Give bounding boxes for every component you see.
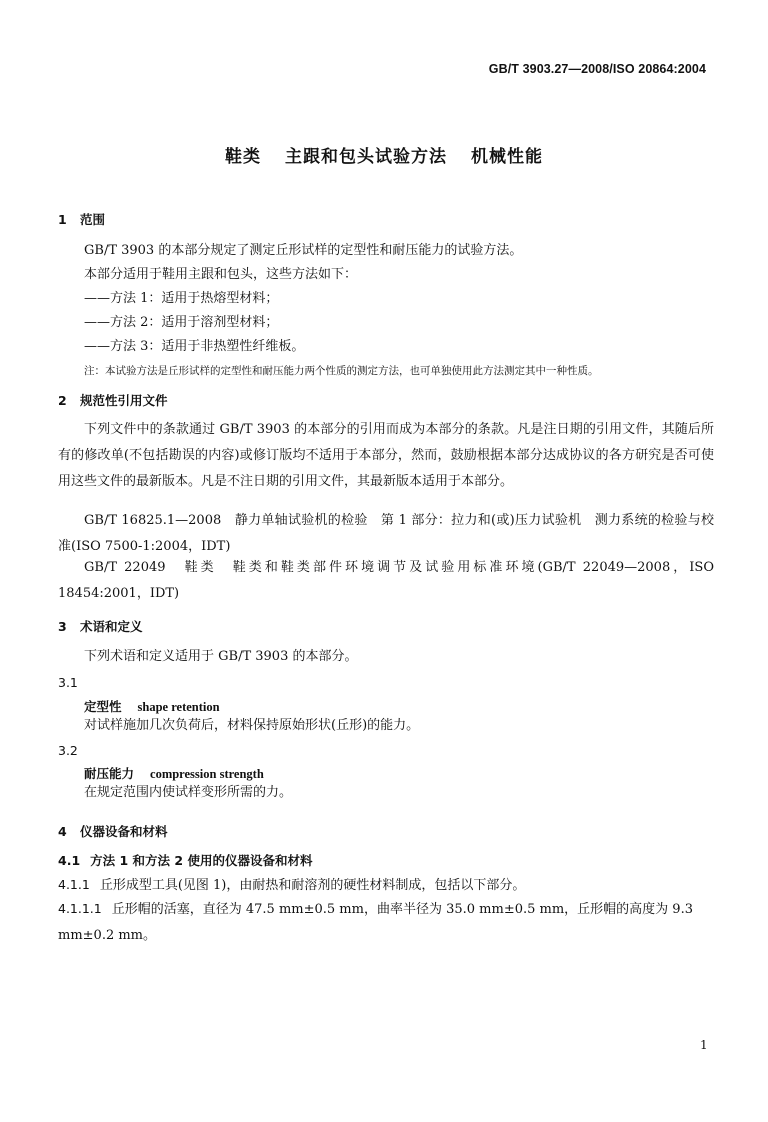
title-part-3: 机械性能 — [471, 147, 543, 167]
clause-4-1: 4.1方法 1 和方法 2 使用的仪器设备和材料 — [58, 848, 714, 875]
clause-4-1-1-1: 4.1.1.1丘形帽的活塞，直径为 47.5 mm±0.5 mm，曲率半径为 3… — [58, 896, 714, 949]
section-1-heading: 1范围 — [58, 210, 105, 228]
clause-number: 4.1 — [58, 853, 80, 868]
section-title: 规范性引用文件 — [80, 393, 168, 408]
term-cn: 定型性 — [84, 699, 122, 714]
clause-heading: 方法 1 和方法 2 使用的仪器设备和材料 — [90, 853, 312, 868]
scope-method-item: ——方法 3：适用于非热塑性纤维板。 — [84, 334, 304, 360]
term-en: compression strength — [150, 767, 264, 781]
title-part-1: 鞋类 — [225, 147, 261, 167]
reference-item: GB/T 22049 鞋类 鞋类和鞋类部件环境调节及试验用标准环境(GB/T 2… — [58, 555, 714, 607]
term-cn: 耐压能力 — [84, 766, 134, 781]
section-title: 术语和定义 — [80, 619, 143, 634]
normative-references-intro: 下列文件中的条款通过 GB/T 3903 的本部分的引用而成为本部分的条款。凡是… — [58, 417, 714, 495]
term-en: shape retention — [138, 700, 220, 714]
term-definition: 在规定范围内使试样变形所需的力。 — [84, 780, 292, 806]
section-4-heading: 4仪器设备和材料 — [58, 822, 168, 840]
scope-method-item: ——方法 2：适用于溶剂型材料； — [84, 310, 278, 336]
scope-note: 注：本试验方法是丘形试样的定型性和耐压能力两个性质的测定方法，也可单独使用此方法… — [84, 363, 599, 378]
section-title: 仪器设备和材料 — [80, 824, 168, 839]
clause-text: 丘形成型工具(见图 1)，由耐热和耐溶剂的硬性材料制成，包括以下部分。 — [100, 878, 526, 893]
section-2-heading: 2规范性引用文件 — [58, 391, 168, 409]
term-definition: 对试样施加几次负荷后，材料保持原始形状(丘形)的能力。 — [84, 713, 419, 739]
page-number: 1 — [700, 1038, 708, 1052]
term-number: 3.1 — [58, 675, 78, 690]
section-number: 3 — [58, 619, 80, 634]
terms-intro: 下列术语和定义适用于 GB/T 3903 的本部分。 — [84, 644, 357, 670]
standard-code-header: GB/T 3903.27—2008/ISO 20864:2004 — [489, 62, 706, 76]
section-number: 4 — [58, 824, 80, 839]
clause-4-1-1: 4.1.1丘形成型工具(见图 1)，由耐热和耐溶剂的硬性材料制成，包括以下部分。 — [58, 872, 714, 899]
section-3-heading: 3术语和定义 — [58, 617, 143, 635]
section-title: 范围 — [80, 212, 105, 227]
section-number: 2 — [58, 393, 80, 408]
clause-number: 4.1.1.1 — [58, 901, 102, 916]
reference-item: GB/T 16825.1—2008 静力单轴试验机的检验 第 1 部分：拉力和(… — [58, 508, 714, 560]
clause-text: 丘形帽的活塞，直径为 47.5 mm±0.5 mm，曲率半径为 35.0 mm±… — [58, 902, 693, 943]
scope-line: 本部分适用于鞋用主跟和包头，这些方法如下： — [84, 262, 357, 288]
term-number: 3.2 — [58, 743, 78, 758]
section-number: 1 — [58, 212, 80, 227]
title-part-2: 主跟和包头试验方法 — [285, 147, 447, 167]
scope-line: GB/T 3903 的本部分规定了测定丘形试样的定型性和耐压能力的试验方法。 — [84, 238, 522, 264]
scope-method-item: ——方法 1：适用于热熔型材料； — [84, 286, 278, 312]
clause-number: 4.1.1 — [58, 877, 90, 892]
document-title: 鞋类主跟和包头试验方法机械性能 — [0, 142, 768, 167]
